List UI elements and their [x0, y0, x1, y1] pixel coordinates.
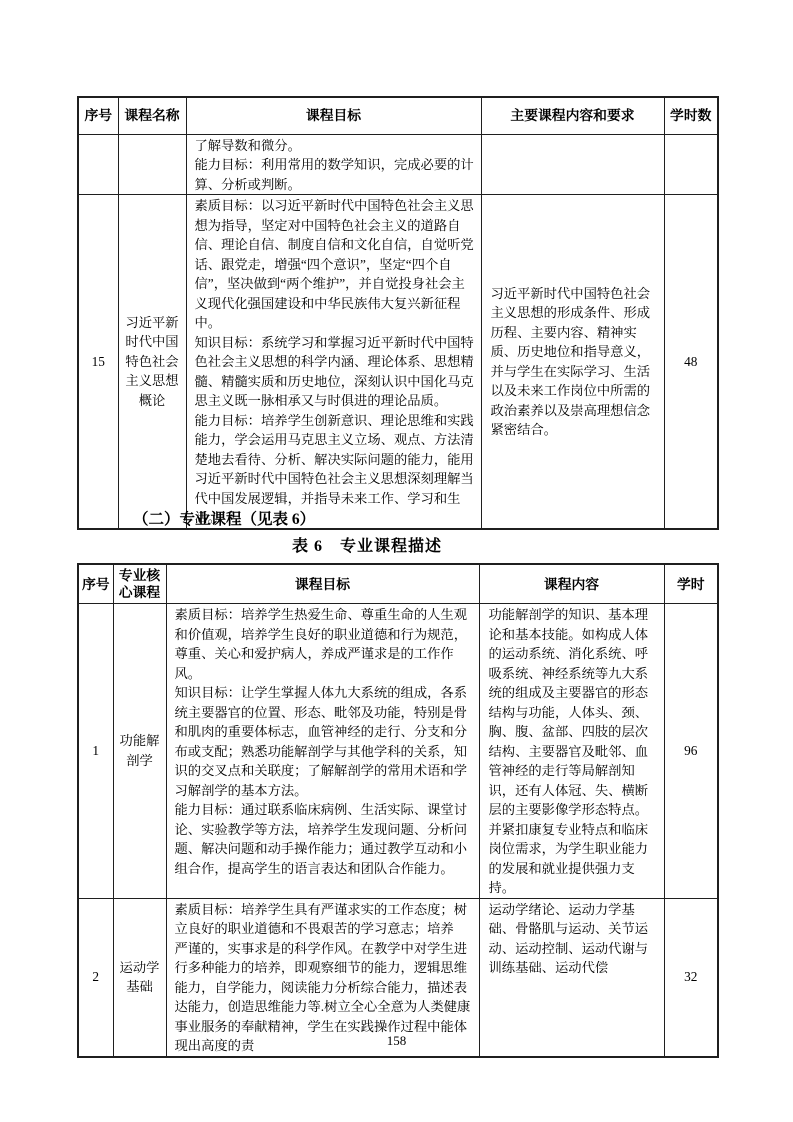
document-page: 序号 课程名称 课程目标 主要课程内容和要求 学时数 了解导数和微分。 能力目标…	[0, 0, 793, 1122]
cell-objectives: 了解导数和微分。 能力目标：利用常用的数学知识，完成必要的计算、分析或判断。	[186, 134, 481, 195]
column-header-objectives: 课程目标	[186, 97, 481, 134]
cell-course-name: 功能解剖学	[113, 604, 166, 899]
column-header-no: 序号	[78, 97, 118, 134]
cell-content: 习近平新时代中国特色社会主义思想的形成条件、形成历程、主要内容、精神实质、历史地…	[481, 195, 664, 529]
table-header-row: 序号 专业核心课程 课程目标 课程内容 学时	[78, 564, 718, 604]
column-header-content: 课程内容	[479, 564, 664, 604]
section-heading: （二）专业课程（见表 6）	[133, 509, 315, 531]
cell-no: 15	[78, 195, 118, 529]
cell-hours	[664, 134, 718, 195]
cell-content	[481, 134, 664, 195]
column-header-no: 序号	[78, 564, 113, 604]
cell-no	[78, 134, 118, 195]
cell-hours: 96	[664, 604, 718, 899]
column-header-course-name: 课程名称	[118, 97, 186, 134]
page-number: 158	[0, 1033, 793, 1049]
cell-hours: 48	[664, 195, 718, 529]
column-header-content: 主要课程内容和要求	[481, 97, 664, 134]
cell-course-name: 习近平新时代中国特色社会主义思想概论	[118, 195, 186, 529]
column-header-objectives: 课程目标	[166, 564, 479, 604]
cell-content: 功能解剖学的知识、基本理论和基本技能。如构成人体的运动系统、消化系统、呼吸系统、…	[479, 604, 664, 899]
general-course-table: 序号 课程名称 课程目标 主要课程内容和要求 学时数 了解导数和微分。 能力目标…	[77, 96, 719, 530]
cell-course-name	[118, 134, 186, 195]
table-row: 1 功能解剖学 素质目标：培养学生热爱生命、尊重生命的人生观和价值观，培养学生良…	[78, 604, 718, 899]
cell-objectives: 素质目标：培养学生热爱生命、尊重生命的人生观和价值观，培养学生良好的职业道德和行…	[166, 604, 479, 899]
table-row: 15 习近平新时代中国特色社会主义思想概论 素质目标：以习近平新时代中国特色社会…	[78, 195, 718, 529]
column-header-hours: 学时数	[664, 97, 718, 134]
cell-no: 1	[78, 604, 113, 899]
cell-objectives: 素质目标：以习近平新时代中国特色社会主义思想为指导，坚定对中国特色社会主义的道路…	[186, 195, 481, 529]
column-header-hours: 学时	[664, 564, 718, 604]
major-course-table: 序号 专业核心课程 课程目标 课程内容 学时 1 功能解剖学 素质目标：培养学生…	[77, 563, 719, 1058]
table-header-row: 序号 课程名称 课程目标 主要课程内容和要求 学时数	[78, 97, 718, 134]
column-header-core-course: 专业核心课程	[113, 564, 166, 604]
table-caption: 表 6 专业课程描述	[77, 536, 657, 558]
table-row: 了解导数和微分。 能力目标：利用常用的数学知识，完成必要的计算、分析或判断。	[78, 134, 718, 195]
